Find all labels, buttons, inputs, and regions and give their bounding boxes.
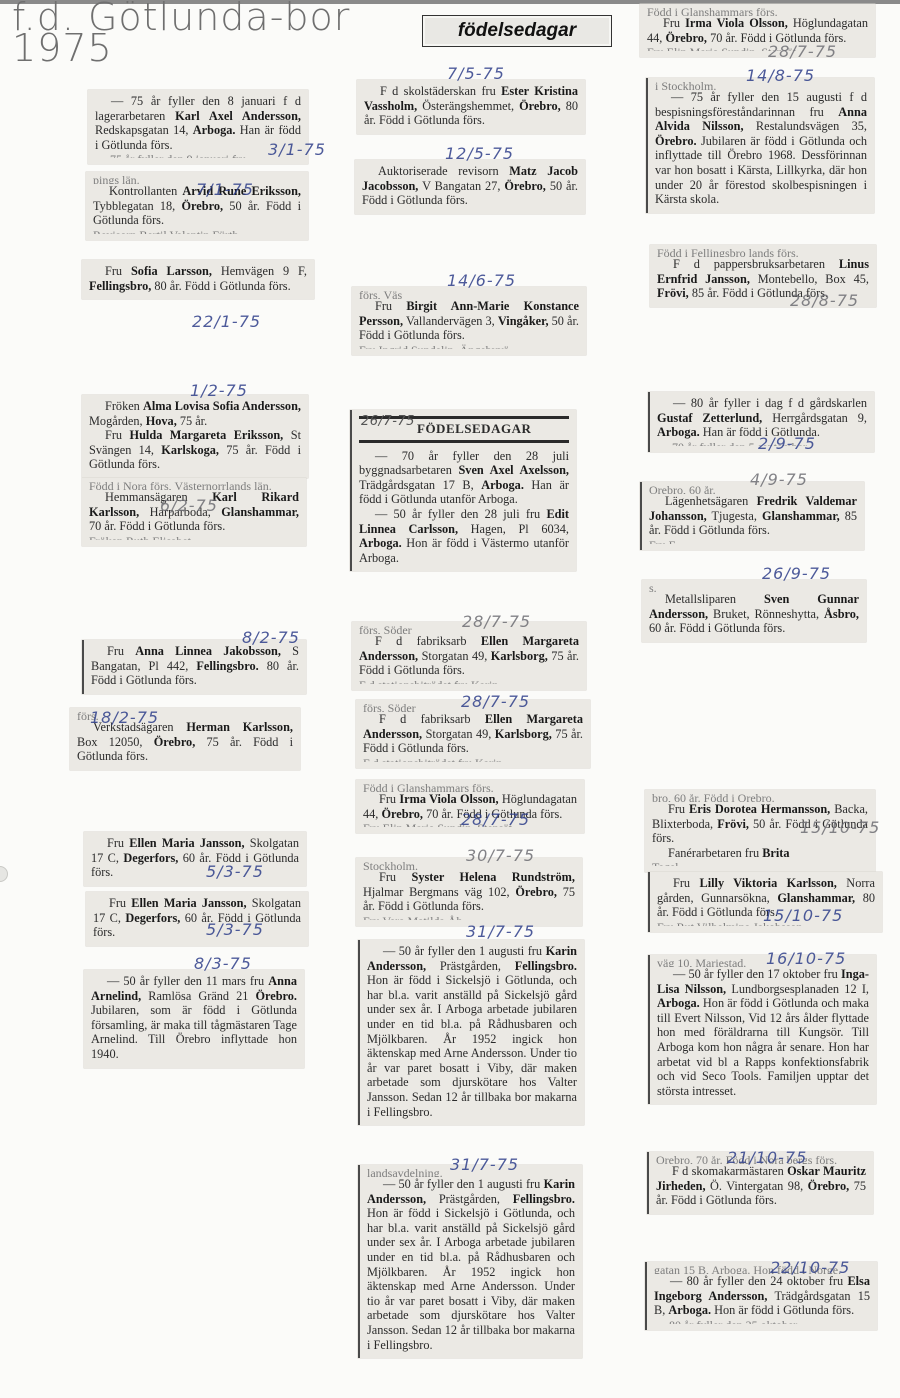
clipping-cut-fragment-bottom: F d stationsbiträdet fru Karin [359,679,579,684]
clipping-cut-fragment-top: Född i Glanshammars förs. [647,8,868,16]
handwritten-title: f.d. Götlunda-bor 1975 [12,2,350,64]
clipping-cut-fragment-bottom: Fröken Ruth Elisabet [89,535,299,540]
clipping-cut-fragment-bottom: Tegel [652,861,868,866]
clipping-cut-fragment-top: Född i Glanshammars förs. [363,784,577,792]
clipping: väg 10, Mariestad.— 50 år fyller den 17 … [648,955,876,1104]
handwritten-date: 22/1-75 [192,312,261,331]
birthday-notice-text: Auktoriserade revisorn Matz Jacob Jacobs… [362,164,578,208]
clipping: 26/7-75FÖDELSEDAGAR— 70 år fyller den 28… [350,410,576,571]
handwritten-date: 15/10-75 [763,906,843,925]
birthday-notice-text: Fru Sofia Larsson, Hemvägen 9 F, Felling… [89,264,307,293]
clipping: i Stockholm.— 75 år fyller den 15 august… [646,78,874,213]
birthday-notice-text: Fru Syster Helena Rundström, Hjalmar Ber… [363,870,575,914]
birthday-notice-text: Fru Hulda Margareta Eriksson, St Svängen… [89,428,301,472]
handwritten-date: 5/3-75 [206,920,264,939]
birthday-notice-text: — 50 år fyller den 28 juli fru Edit Linn… [359,507,569,565]
handwritten-date: 21/10-75 [727,1148,807,1167]
heading-text: FÖDELSEDAGAR [417,421,531,436]
handwritten-date: 7/1-75 [196,180,254,199]
clipping: s.Metallsliparen Sven Gunnar Andersson, … [642,580,866,642]
handwritten-date: 14/6-75 [447,271,516,290]
birthday-notice-text: F d fabriksarb Ellen Margareta Andersson… [363,712,583,756]
clipping: Fru Ellen Maria Jansson, Skolgatan 17 C,… [86,892,308,946]
handwritten-date: 18/2-75 [90,708,159,727]
handwritten-date: 26/7-75 [361,415,415,430]
clipping: förs, VäsFru Birgit Ann-Marie Konstance … [352,287,586,355]
handwritten-date: 12/5-75 [445,144,514,163]
handwritten-date: 8/3-75 [194,954,252,973]
clipping-cut-fragment-top: s. [649,584,859,592]
birthday-notice-text: F d skomakarmästaren Oskar Mauritz Jirhe… [656,1164,866,1208]
section-header-label: födelsedagar [422,15,612,47]
handwritten-date: 8/2-75 [242,628,300,647]
clipping: Fru Ellen Maria Jansson, Skolgatan 17 C,… [84,832,306,886]
clipping-cut-fragment-bottom: Fru Ingrid Sundelin, Ängebyvä [359,344,579,349]
punch-hole [0,866,8,882]
handwritten-date: 3/1-75 [268,140,326,159]
birthday-notice-text: Fru Ellen Maria Jansson, Skolgatan 17 C,… [91,836,299,880]
clipping-cut-fragment-bottom: Fru E [649,539,857,544]
clipping-heading: 26/7-75FÖDELSEDAGAR [359,416,569,443]
birthday-notice-text: — 70 år fyller den 28 juli byggnadsarbet… [359,449,569,507]
birthday-notice-text: Fru Anna Linnea Jakobsson, S Bangatan, P… [91,644,299,688]
handwritten-date: 28/7-75 [462,612,531,631]
handwritten-date: 7/5-75 [447,64,505,83]
clipping-cut-fragment-bottom: Fru Vera Matilda Åh [363,915,575,920]
handwritten-date: 26/9-75 [762,564,831,583]
handwritten-date: 2/9-75 [758,434,816,453]
birthday-notice-text: F d fabriksarb Ellen Margareta Andersson… [359,634,579,678]
clipping: — 50 år fyller den 1 augusti fru Karin A… [358,940,584,1125]
clipping: Född i Glanshammars förs.Fru Irma Viola … [640,4,875,57]
birthday-notice-text: Metallsliparen Sven Gunnar Andersson, Br… [649,592,859,636]
handwritten-date: 4/9-75 [750,470,808,489]
birthday-notice-text: — 50 år fyller den 1 augusti fru Karin A… [367,1177,575,1352]
clipping: — 50 år fyller den 11 mars fru Anna Arne… [84,970,304,1068]
clipping-cut-fragment-top: förs, Väs [359,291,579,299]
birthday-notice-text: Fröken Alma Lovisa Sofia Andersson, Mogå… [89,399,301,428]
handwritten-date: 28/7-75 [461,810,530,829]
handwritten-date: 1/2-75 [190,381,248,400]
clipping: Fröken Alma Lovisa Sofia Andersson, Mogå… [82,395,308,478]
birthday-notice-text: F d skolstäderskan fru Ester Kristina Va… [364,84,578,128]
handwritten-date: 31/7-75 [450,1155,519,1174]
birthday-notice-text: — 75 år fyller den 15 augusti f d bespis… [655,90,867,207]
clipping-cut-fragment-top: Född i Nora förs, Västernorrlands län. [89,482,299,490]
birthday-notice-text: Fru Ellen Maria Jansson, Skolgatan 17 C,… [93,896,301,940]
clipping: landsavdelning.— 50 år fyller den 1 augu… [358,1165,582,1358]
handwritten-date: 22/10-75 [770,1258,850,1277]
birthday-notice-text: Fru Irma Viola Olsson, Höglundagatan 44,… [647,16,868,45]
handwritten-date: 16/10-75 [766,949,846,968]
handwritten-date: 6/2-75 [160,496,218,515]
handwritten-date: 28/7-75 [768,42,837,61]
handwritten-date: 31/7-75 [466,922,535,941]
birthday-notice-text: Lägenhetsägaren Fredrik Valdemar Johanss… [649,494,857,538]
clipping: Örebro, 60 år.Lägenhetsägaren Fredrik Va… [640,482,864,550]
clipping: Fru Anna Linnea Jakobsson, S Bangatan, P… [82,640,306,694]
handwritten-date: 28/8-75 [790,291,859,310]
handwritten-date: 5/3-75 [206,862,264,881]
birthday-notice-text: Fru Birgit Ann-Marie Konstance Persson, … [359,299,579,343]
handwritten-date: 15/10-75 [800,818,880,837]
birthday-notice-text: Fanérarbetaren fru Brita [652,846,868,861]
clipping-cut-fragment-top: bro, 60 år. Född i Örebro. [652,794,868,802]
clipping: Fru Sofia Larsson, Hemvägen 9 F, Felling… [82,260,314,299]
clipping-cut-fragment-bottom: F d stationsbiträdet fru Karin [363,757,583,762]
birthday-notice-text: — 80 år fyller den 24 oktober fru Elsa I… [654,1274,870,1318]
handwritten-date: 14/8-75 [746,66,815,85]
handwritten-date: 30/7-75 [466,846,535,865]
handwritten-date: 28/7-75 [461,692,530,711]
clipping: F d skolstäderskan fru Ester Kristina Va… [357,80,585,134]
birthday-notice-text: — 50 år fyller den 11 mars fru Anna Arne… [91,974,297,1062]
clipping: Auktoriserade revisorn Matz Jacob Jacobs… [355,160,585,214]
birthday-notice-text: — 50 år fyller den 17 oktober fru Inga-L… [657,967,869,1098]
birthday-notice-text: — 50 år fyller den 1 augusti fru Karin A… [367,944,577,1119]
clipping-cut-fragment-bottom: — 80 år fyller den 25 oktober [654,1319,870,1324]
clipping-cut-fragment-top: Född i Fellingsbro lands förs. [657,249,869,257]
clipping-cut-fragment-bottom: Revisorn Bertil Valentin Fürth [93,229,301,234]
clipping: Stockholm.Fru Syster Helena Rundström, H… [356,858,582,926]
clipping: förs, SöderF d fabriksarb Ellen Margaret… [352,622,586,690]
